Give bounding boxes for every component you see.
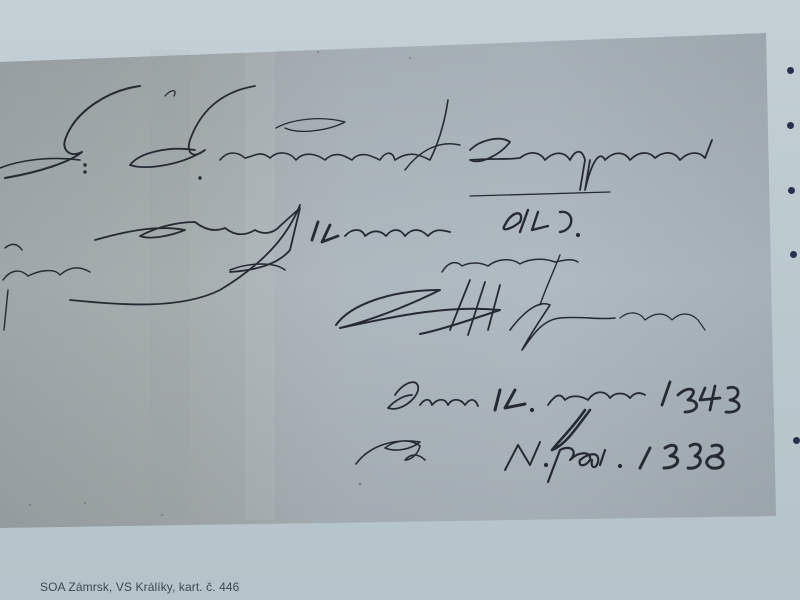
exhibit-panel: Hᵘ: Hᵘ Finanzwach Commissarius Grulich 1… [0, 0, 800, 600]
bullet-dot [787, 122, 794, 129]
bullet-dot [793, 437, 800, 444]
document-scan [0, 0, 800, 600]
bullet-dot [790, 251, 797, 258]
source-caption: SOA Zámrsk, VS Králíky, kart. č. 446 [40, 580, 239, 594]
bullet-dot [788, 187, 795, 194]
bullet-dot [787, 67, 794, 74]
